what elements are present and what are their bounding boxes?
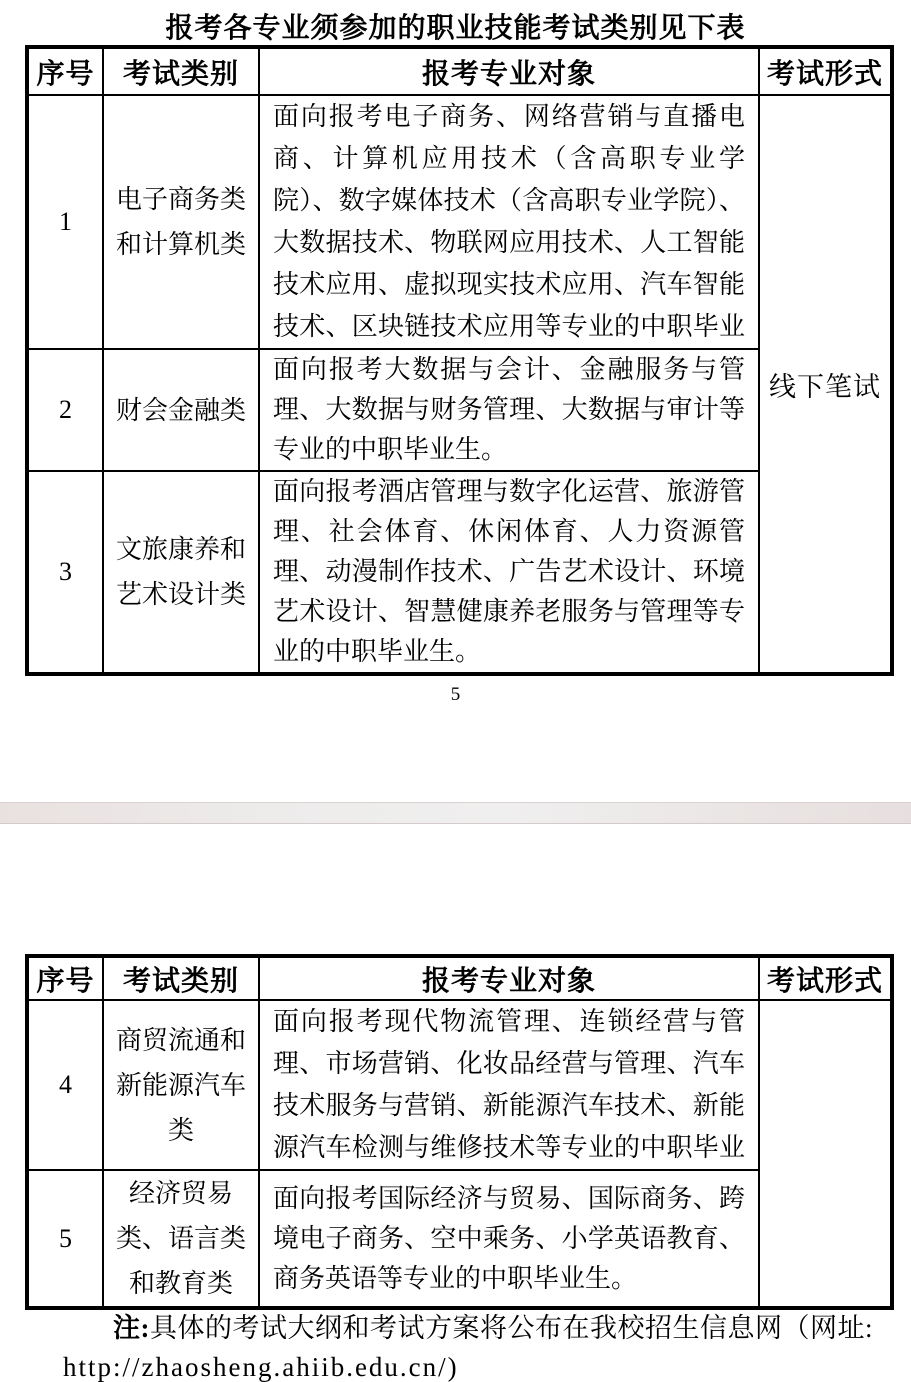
table1-header-majors: 报考专业对象: [259, 47, 759, 95]
table1-header-seq: 序号: [27, 47, 103, 95]
cell-exam-form-table2: [759, 1000, 892, 1308]
table1-header-exam-form: 考试形式: [759, 47, 892, 95]
table1-header-row: 序号 考试类别 报考专业对象 考试形式: [27, 47, 892, 95]
table2-header-category: 考试类别: [103, 956, 259, 1000]
table2-header-seq: 序号: [27, 956, 103, 1000]
majors-text-1: 面向报考电子商务、网络营销与直播电商、计算机应用技术（含高职专业学院）、数字媒体…: [260, 96, 758, 348]
footnote-url: http://zhaosheng.ahiib.edu.cn/): [63, 1352, 459, 1382]
table2-header-majors: 报考专业对象: [259, 956, 759, 1000]
table2-header-row: 序号 考试类别 报考专业对象 考试形式: [27, 956, 892, 1000]
document-page: 报考各专业须参加的职业技能考试类别见下表 序号 考试类别 报考专业对象 考试形式…: [0, 0, 911, 1382]
cell-seq-3: 3: [27, 471, 103, 674]
cell-seq-2: 2: [27, 349, 103, 471]
exam-category-table-1: 序号 考试类别 报考专业对象 考试形式 1 电子商务类 和计算机类 面向报考电子…: [25, 45, 894, 676]
cell-exam-form-table1: 线下笔试: [759, 95, 892, 674]
table1-header-category: 考试类别: [103, 47, 259, 95]
cell-majors-2: 面向报考大数据与会计、金融服务与管理、大数据与财务管理、大数据与审计等专业的中职…: [259, 349, 759, 471]
cell-category-5: 经济贸易 类、语言类 和教育类: [103, 1170, 259, 1308]
cell-seq-5: 5: [27, 1170, 103, 1308]
footnote-text: 具体的考试大纲和考试方案将公布在我校招生信息网（网址:: [150, 1313, 873, 1343]
majors-text-2: 面向报考大数据与会计、金融服务与管理、大数据与财务管理、大数据与审计等专业的中职…: [260, 350, 758, 470]
cell-category-3: 文旅康养和 艺术设计类: [103, 471, 259, 674]
cell-category-2: 财会金融类: [103, 349, 259, 471]
cell-majors-4: 面向报考现代物流管理、连锁经营与管理、市场营销、化妆品经营与管理、汽车技术服务与…: [259, 1000, 759, 1170]
majors-text-5: 面向报考国际经济与贸易、国际商务、跨境电子商务、空中乘务、小学英语教育、商务英语…: [260, 1179, 758, 1299]
footnote: 注:具体的考试大纲和考试方案将公布在我校招生信息网（网址:: [113, 1306, 873, 1345]
cell-seq-4: 4: [27, 1000, 103, 1170]
exam-category-table-2: 序号 考试类别 报考专业对象 考试形式 4 商贸流通和 新能源汽车 类 面向报考…: [25, 954, 894, 1310]
cell-category-4: 商贸流通和 新能源汽车 类: [103, 1000, 259, 1170]
table-row: 1 电子商务类 和计算机类 面向报考电子商务、网络营销与直播电商、计算机应用技术…: [27, 95, 892, 349]
cell-category-1: 电子商务类 和计算机类: [103, 95, 259, 349]
table2-header-exam-form: 考试形式: [759, 956, 892, 1000]
majors-text-3: 面向报考酒店管理与数字化运营、旅游管理、社会体育、休闲体育、人力资源管理、动漫制…: [260, 472, 758, 672]
cell-majors-1: 面向报考电子商务、网络营销与直播电商、计算机应用技术（含高职专业学院）、数字媒体…: [259, 95, 759, 349]
cell-seq-1: 1: [27, 95, 103, 349]
footnote-label: 注:: [113, 1313, 150, 1343]
table-row: 4 商贸流通和 新能源汽车 类 面向报考现代物流管理、连锁经营与管理、市场营销、…: [27, 1000, 892, 1170]
cell-majors-3: 面向报考酒店管理与数字化运营、旅游管理、社会体育、休闲体育、人力资源管理、动漫制…: [259, 471, 759, 674]
majors-text-4: 面向报考现代物流管理、连锁经营与管理、市场营销、化妆品经营与管理、汽车技术服务与…: [260, 1001, 758, 1169]
page-title: 报考各专业须参加的职业技能考试类别见下表: [0, 6, 911, 46]
page-separator-band: [0, 802, 911, 824]
page-number: 5: [0, 684, 911, 706]
cell-majors-5: 面向报考国际经济与贸易、国际商务、跨境电子商务、空中乘务、小学英语教育、商务英语…: [259, 1170, 759, 1308]
